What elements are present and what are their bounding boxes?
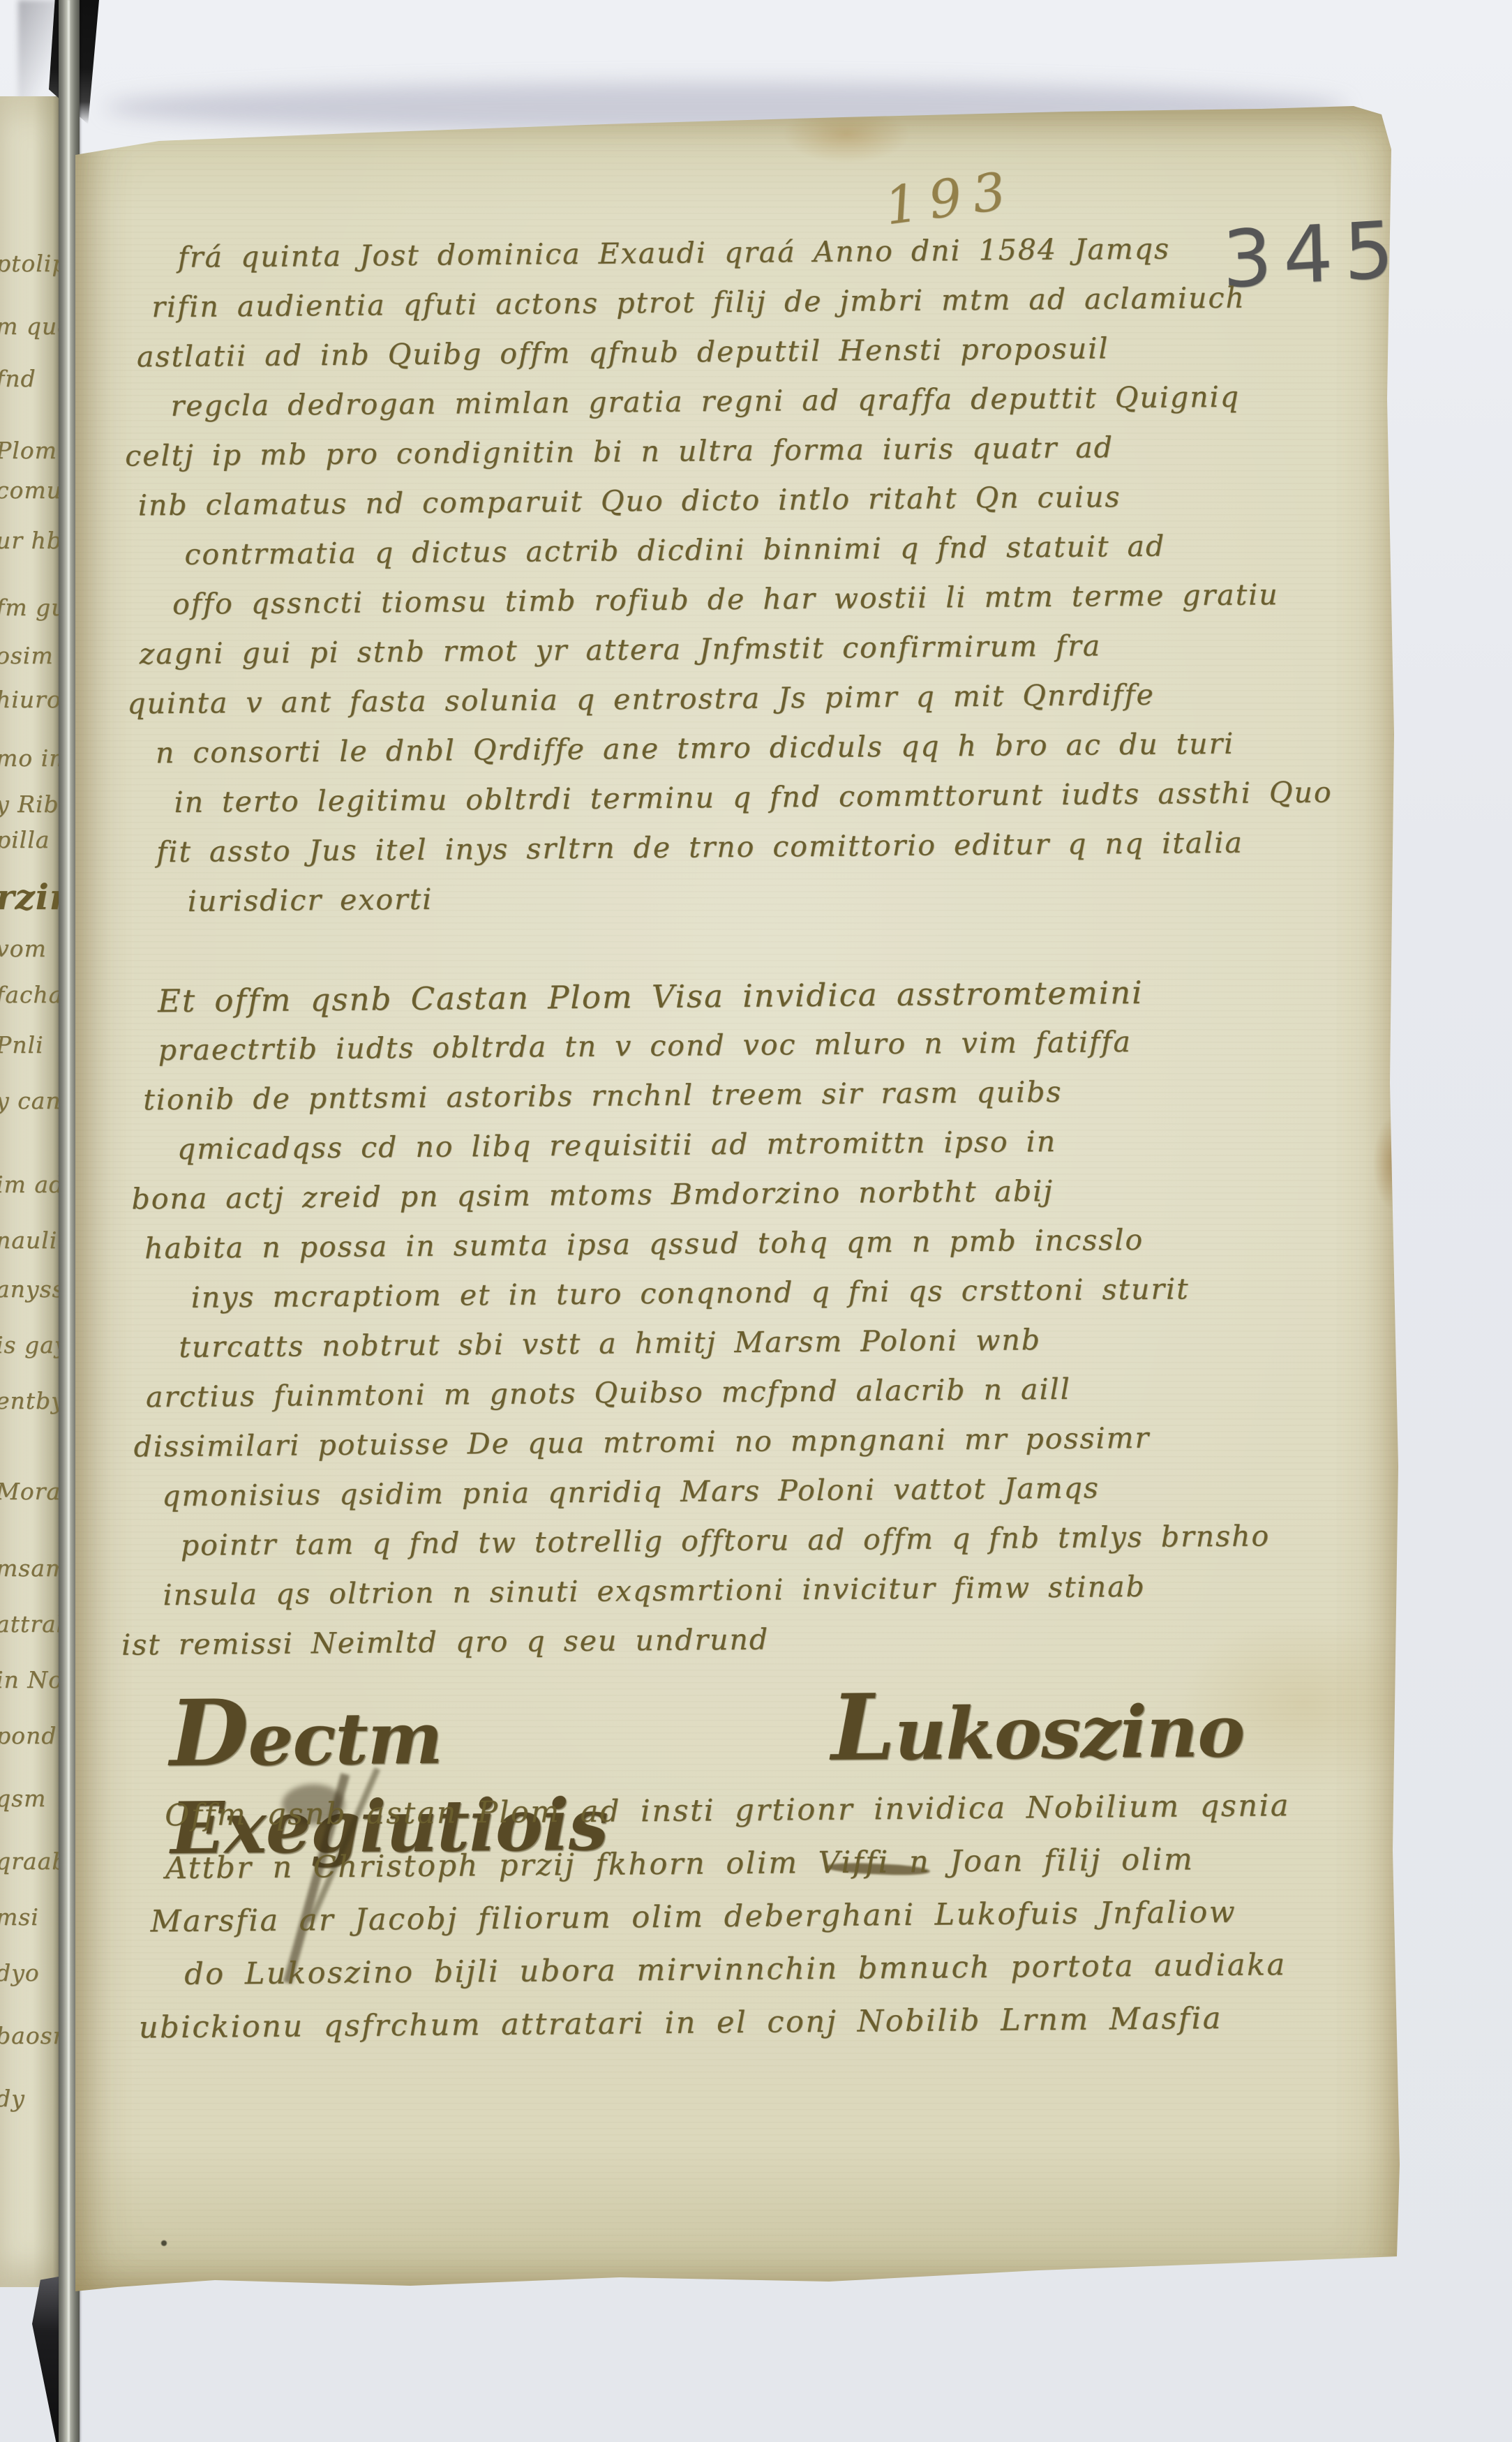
margin-text-fragment: msam: [0, 1555, 68, 1582]
margin-text-fragment: ptolip: [0, 250, 68, 277]
manuscript-line: Attbr n Christoph przij fkhorn olim Viff…: [165, 1832, 1291, 1895]
margin-text-fragment: vom: [0, 935, 47, 962]
paragraph-2: Et offm qsnb Castan Plom Visa invidica a…: [158, 966, 1271, 1670]
margin-text-fragment: facha: [0, 981, 63, 1008]
margin-text-fragment: entby: [0, 1387, 65, 1414]
manuscript-line: iurisdicr exorti: [187, 867, 1333, 927]
margin-text-fragment: nauli: [0, 1227, 57, 1254]
margin-text-fragment: fnd: [0, 365, 36, 392]
manuscript-line: inys mcraptiom et in turo conqnond q fni…: [190, 1264, 1268, 1322]
manuscript-photograph: ptolip m quos fnd Plom comupli ur hb fm …: [0, 0, 1512, 2442]
margin-text-fragment: Plom: [0, 437, 57, 464]
manuscript-line: qmicadqss cd no libq requisitii ad mtrom…: [177, 1115, 1267, 1174]
page-content: 193 345 frá quinta Jost dominica Exaudi …: [66, 100, 1411, 2302]
manuscript-line: ubickionu qsfrchum attratari in el conj …: [139, 1991, 1292, 2054]
paragraph-3: Offm qsnb astan Plom ad insti grtionr in…: [165, 1779, 1292, 2054]
margin-text-fragment: osim: [0, 642, 54, 669]
margin-text-fragment: Pnli: [0, 1031, 44, 1058]
margin-text-fragment: ur hb: [0, 527, 62, 554]
margin-text-fragment: pilla: [0, 826, 50, 853]
manuscript-line: Offm qsnb astan Plom ad insti grtionr in…: [165, 1779, 1290, 1842]
paragraph-1: frá quinta Jost dominica Exaudi qraá Ann…: [151, 223, 1333, 927]
manuscript-line: pointr tam q fnd tw totrellig offtoru ad…: [181, 1511, 1271, 1571]
manuscript-line: turcatts nobtrut sbi vstt a hmitj Marsm …: [179, 1313, 1268, 1372]
margin-text-fragment: msi: [0, 1903, 39, 1931]
margin-text-fragment: dyo: [0, 1959, 40, 1986]
margin-text-fragment: hiuro: [0, 686, 61, 713]
margin-text-fragment: y Rib: [0, 791, 59, 818]
margin-text-fragment: im ad: [0, 1171, 64, 1198]
manuscript-line: do Lukoszino bijli ubora mirvinnchin bmn…: [184, 1938, 1292, 2001]
margin-text-fragment: pond: [0, 1722, 57, 1749]
margin-text-fragment: attral: [0, 1610, 64, 1638]
margin-text-fragment: Mora: [0, 1478, 61, 1505]
margin-text-fragment: qsm: [0, 1785, 46, 1812]
manuscript-line: ist remissi Neimltd qro q seu undrund: [121, 1610, 1271, 1670]
manuscript-page: 193 345 frá quinta Jost dominica Exaudi …: [75, 106, 1401, 2297]
previous-page-edge: ptolip m quos fnd Plom comupli ur hb fm …: [0, 96, 61, 2287]
manuscript-line: Marsfia ar Jacobj filiorum olim debergha…: [150, 1885, 1291, 1948]
margin-text-fragment: dy: [0, 2085, 25, 2112]
margin-text-fragment: qraab: [0, 1848, 67, 1875]
margin-text-fragment: fm gu: [0, 594, 66, 621]
